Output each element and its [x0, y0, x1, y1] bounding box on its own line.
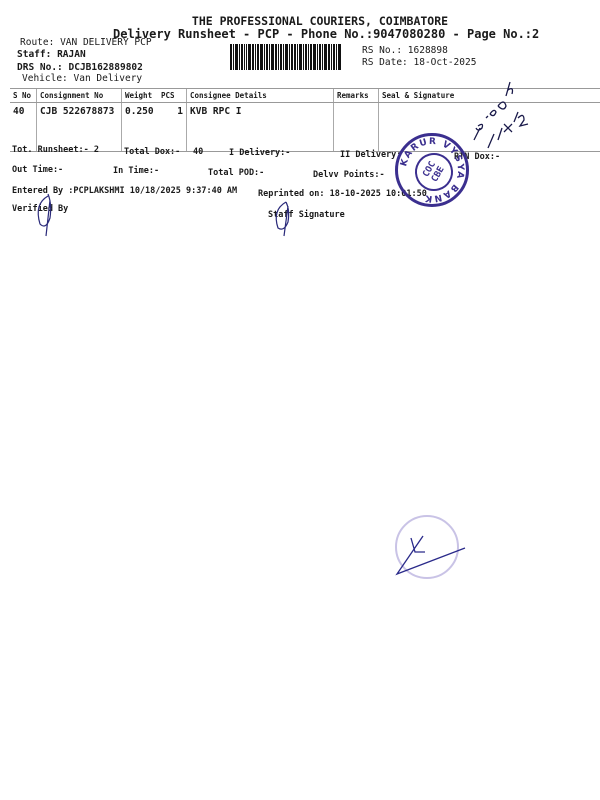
staff-line: Staff: RAJAN: [17, 49, 86, 60]
total-dox-label: Total Dox:-: [124, 147, 180, 157]
verified-signature-icon: [28, 190, 68, 235]
staff-label: Staff:: [17, 49, 51, 60]
rs-date-value: 18-Oct-2025: [414, 57, 477, 68]
route-line: Route: VAN DELIVERY PCP: [20, 37, 152, 48]
col-consignment-no: Consignment No: [37, 89, 122, 103]
total-dox-value: 40: [193, 147, 203, 157]
tick-mark-icon: [395, 530, 475, 580]
total-pod: Total POD:-: [208, 168, 264, 178]
col-pcs: PCS: [158, 89, 187, 103]
runsheet-subtitle: Delivery Runsheet - PCP - Phone No.:9047…: [113, 27, 539, 41]
bank-stamp: KARUR VYSYA BANK COCCBE: [395, 133, 469, 207]
cell-consignee: KVB RPC I: [187, 103, 334, 152]
rs-date-label: RS Date:: [362, 57, 408, 68]
ii-delivery: II Delivery:: [340, 150, 401, 160]
col-consignee: Consignee Details: [187, 89, 334, 103]
drs-line: DRS No.: DCJB162889802: [17, 62, 143, 73]
route-value: VAN DELIVERY PCP: [60, 37, 152, 48]
col-sno: S No: [10, 89, 37, 103]
barcode: [230, 44, 358, 70]
vehicle-line: Vehicle: Van Delivery: [22, 73, 142, 84]
col-weight: Weight: [122, 89, 159, 103]
staff-signature-icon: [268, 198, 304, 238]
cell-remarks: [334, 103, 379, 152]
tot-runsheet: Tot. Runsheet:- 2: [12, 145, 99, 155]
company-title: THE PROFESSIONAL COURIERS, COIMBATORE: [0, 14, 600, 28]
rs-no-line: RS No.: 1628898: [362, 45, 448, 56]
i-delivery: I Delivery:-: [229, 148, 290, 158]
delvv-points: Delvv Points:-: [313, 170, 385, 180]
vehicle-value: Van Delivery: [74, 73, 143, 84]
route-label: Route:: [20, 37, 54, 48]
drs-value: DCJB162889802: [69, 62, 143, 73]
cell-weight: 0.250: [122, 103, 159, 152]
out-time: Out Time:-: [12, 165, 63, 175]
staff-value: RAJAN: [57, 49, 86, 60]
rs-no-value: 1628898: [408, 45, 448, 56]
rs-no-label: RS No.:: [362, 45, 402, 56]
cell-pcs: 1: [158, 103, 187, 152]
handwritten-note-icon: [460, 78, 540, 148]
col-remarks: Remarks: [334, 89, 379, 103]
drs-label: DRS No.:: [17, 62, 63, 73]
in-time: In Time:-: [113, 166, 159, 176]
vehicle-label: Vehicle:: [22, 73, 68, 84]
rs-date-line: RS Date: 18-Oct-2025: [362, 57, 476, 68]
